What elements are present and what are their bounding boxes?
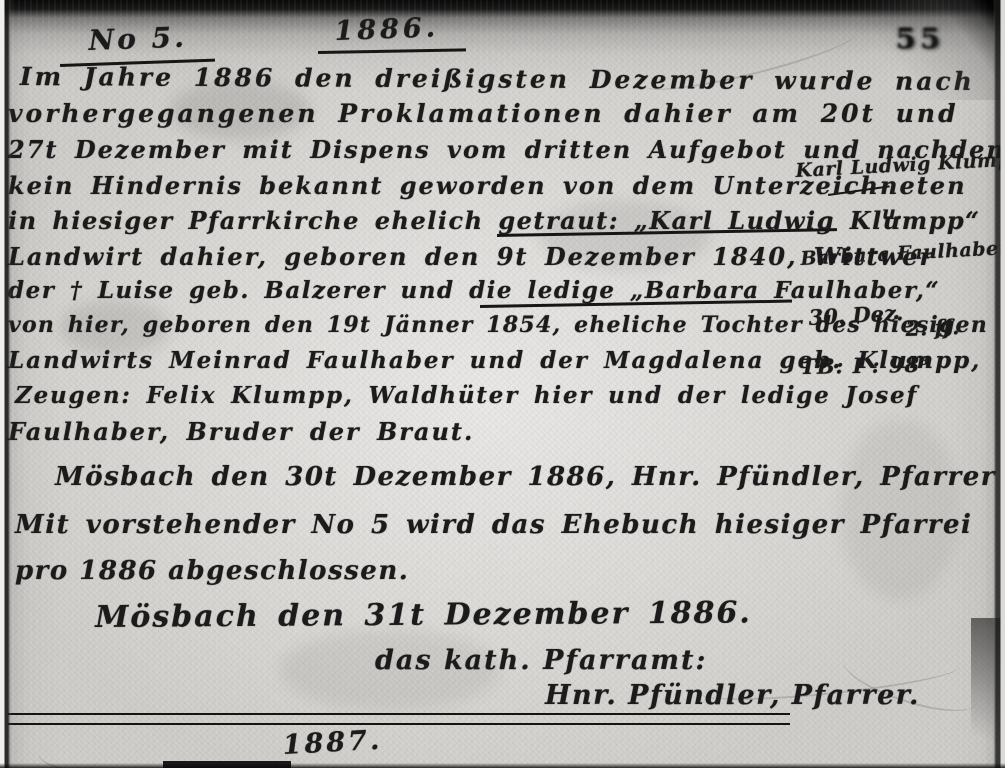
closing-line: das kath. Pfarramt: xyxy=(375,645,707,676)
body-line: in hiesiger Pfarrkirche ehelich getraut:… xyxy=(8,206,981,235)
body-line: Im Jahre 1886 den dreißigsten Dezember w… xyxy=(20,62,975,96)
scan-corner-bottom-right xyxy=(971,618,1005,768)
body-line: der † Luise geb. Balzerer und die ledige… xyxy=(8,277,940,304)
closing-line: Mösbach den 31t Dezember 1886. xyxy=(95,595,752,635)
page-number-stamp: 55 xyxy=(896,22,945,55)
body-line: Faulhaber, Bruder der Braut. xyxy=(8,417,474,446)
entry-number: No 5. xyxy=(88,21,187,57)
bleed-through-stroke xyxy=(36,740,99,768)
next-entry-ink-bar xyxy=(163,761,291,768)
margin-fee: 2. ff. xyxy=(905,314,960,341)
footer-year: 1887. xyxy=(282,725,383,761)
closing-double-rule xyxy=(8,713,790,725)
scan-edge-right xyxy=(993,0,1005,768)
body-line: Landwirt dahier, geboren den 9t Dezember… xyxy=(8,242,934,271)
margin-conjunction: u. xyxy=(882,202,902,224)
closing-line: Mit vorstehender No 5 wird das Ehebuch h… xyxy=(15,510,972,540)
body-line: Zeugen: Felix Klumpp, Waldhüter hier und… xyxy=(15,382,918,409)
body-line: vorhergegangenen Proklamationen dahier a… xyxy=(8,99,959,128)
margin-date: 30. Dez. xyxy=(808,300,904,330)
year-heading-underline xyxy=(318,48,466,54)
closing-line: Mösbach den 30t Dezember 1886, Hnr. Pfün… xyxy=(55,462,996,492)
scan-edge-bottom xyxy=(0,763,1005,768)
scanned-register-page: No 5. 1886. 55 Im Jahre 1886 den dreißig… xyxy=(0,0,1005,768)
margin-register-reference: TB: I : 98³ xyxy=(800,352,930,379)
closing-line: pro 1886 abgeschlossen. xyxy=(15,556,409,586)
year-heading: 1886. xyxy=(334,12,440,47)
pastor-signature: Hnr. Pfündler, Pfarrer. xyxy=(545,680,920,711)
